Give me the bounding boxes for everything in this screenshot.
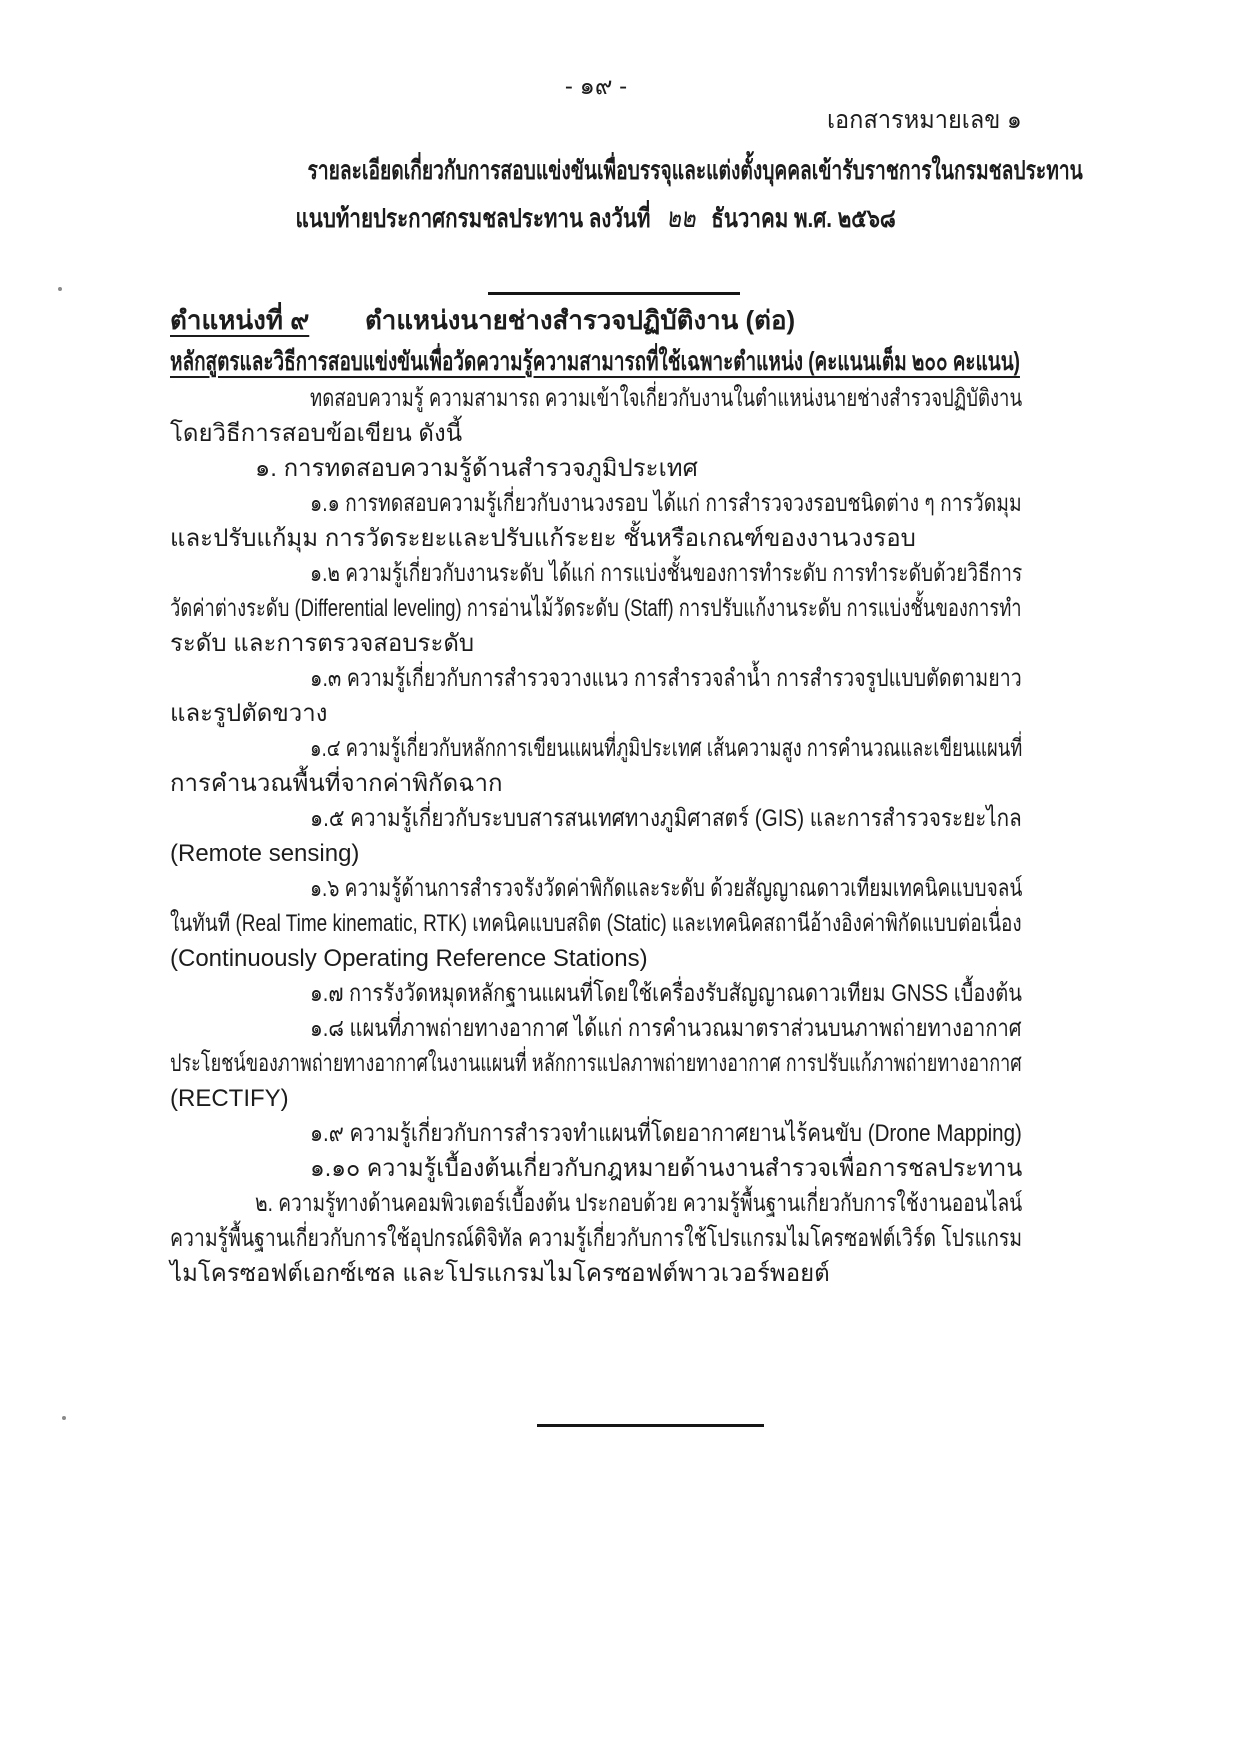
body-line: (RECTIFY) bbox=[170, 1081, 1022, 1116]
body-line-text: โดยวิธีการสอบข้อเขียน ดังนี้ bbox=[170, 416, 462, 451]
body-line: ทดสอบความรู้ ความสามารถ ความเข้าใจเกี่ยว… bbox=[170, 381, 1022, 416]
body-line-text: (Continuously Operating Reference Statio… bbox=[170, 941, 648, 976]
body-line: ไมโครซอฟต์เอกซ์เซล และโปรแกรมไมโครซอฟต์พ… bbox=[170, 1256, 1022, 1291]
body-line-text: วัดค่าต่างระดับ (Differential leveling) … bbox=[170, 591, 1022, 626]
body-line-text: ความรู้พื้นฐานเกี่ยวกับการใช้อุปกรณ์ดิจิ… bbox=[170, 1221, 1022, 1256]
title2-after-date: ธันวาคม พ.ศ. ๒๕๖๘ bbox=[712, 203, 896, 233]
body-line: ๑.๑ การทดสอบความรู้เกี่ยวกับงานวงรอบ ได้… bbox=[170, 486, 1022, 521]
body-line-text: และปรับแก้มุม การวัดระยะและปรับแก้ระยะ ช… bbox=[170, 521, 916, 556]
course-heading: หลักสูตรและวิธีการสอบแข่งขันเพื่อวัดความ… bbox=[170, 341, 1022, 382]
body-line-text: ประโยชน์ของภาพถ่ายทางอากาศในงานแผนที่ หล… bbox=[170, 1046, 1022, 1081]
body-line: และรูปตัดขวาง bbox=[170, 696, 1022, 731]
body-line: ๒. ความรู้ทางด้านคอมพิวเตอร์เบื้องต้น ปร… bbox=[170, 1186, 1022, 1221]
body-line-text: ๑.๕ ความรู้เกี่ยวกับระบบสารสนเทศทางภูมิศ… bbox=[310, 801, 1022, 836]
position-number-label: ตำแหน่งที่ ๙ bbox=[170, 300, 309, 341]
body-line-text: ๑.๑๐ ความรู้เบื้องต้นเกี่ยวกับกฎหมายด้าน… bbox=[310, 1151, 1022, 1186]
body-line-text: (RECTIFY) bbox=[170, 1081, 289, 1116]
body-line: ประโยชน์ของภาพถ่ายทางอากาศในงานแผนที่ หล… bbox=[170, 1046, 1022, 1081]
body-line-text: ๑.๘ แผนที่ภาพถ่ายทางอากาศ ได้แก่ การคำนว… bbox=[310, 1011, 1022, 1046]
body-line: ๑.๙ ความรู้เกี่ยวกับการสำรวจทำแผนที่โดยอ… bbox=[170, 1116, 1022, 1151]
body-line-text: ไมโครซอฟต์เอกซ์เซล และโปรแกรมไมโครซอฟต์พ… bbox=[170, 1256, 830, 1291]
document-ref-label: เอกสารหมายเลข ๑ bbox=[170, 100, 1022, 140]
doc-title-line2-text: แนบท้ายประกาศกรมชลประทาน ลงวันที่๒๒ธันวา… bbox=[296, 196, 896, 240]
body-line-text: ๑.๗ การรังวัดหมุดหลักฐานแผนที่โดยใช้เครื… bbox=[310, 976, 1022, 1011]
body-line: ๑. การทดสอบความรู้ด้านสำรวจภูมิประเทศ bbox=[170, 451, 1022, 486]
document-ref-text: เอกสารหมายเลข ๑ bbox=[827, 100, 1022, 140]
document-body: ทดสอบความรู้ ความสามารถ ความเข้าใจเกี่ยว… bbox=[170, 381, 1022, 1291]
body-line-text: (Remote sensing) bbox=[170, 836, 359, 871]
body-line: ๑.๘ แผนที่ภาพถ่ายทางอากาศ ได้แก่ การคำนว… bbox=[170, 1011, 1022, 1046]
position-heading-row: ตำแหน่งที่ ๙ ตำแหน่งนายช่างสำรวจปฏิบัติง… bbox=[170, 300, 1022, 341]
body-line: ๑.๔ ความรู้เกี่ยวกับหลักการเขียนแผนที่ภู… bbox=[170, 731, 1022, 766]
body-line: และปรับแก้มุม การวัดระยะและปรับแก้ระยะ ช… bbox=[170, 521, 1022, 556]
body-line: โดยวิธีการสอบข้อเขียน ดังนี้ bbox=[170, 416, 1022, 451]
body-line: (Continuously Operating Reference Statio… bbox=[170, 941, 1022, 976]
body-line-text: ๑.๑ การทดสอบความรู้เกี่ยวกับงานวงรอบ ได้… bbox=[310, 486, 1022, 521]
header-divider-line bbox=[488, 292, 740, 295]
handwritten-day: ๒๒ bbox=[667, 202, 696, 233]
scan-mark-dot bbox=[58, 287, 62, 291]
position-title-text: ตำแหน่งนายช่างสำรวจปฏิบัติงาน (ต่อ) bbox=[365, 300, 795, 341]
doc-title-line1-text: รายละเอียดเกี่ยวกับการสอบแข่งขันเพื่อบรร… bbox=[308, 150, 1083, 191]
body-line: ในทันที (Real Time kinematic, RTK) เทคนิ… bbox=[170, 906, 1022, 941]
footer-divider-line bbox=[537, 1424, 764, 1427]
document-page: - ๑๙ - เอกสารหมายเลข ๑ รายละเอียดเกี่ยวก… bbox=[0, 0, 1241, 1755]
scan-mark-dot bbox=[62, 1416, 66, 1420]
doc-title-line2: แนบท้ายประกาศกรมชลประทาน ลงวันที่๒๒ธันวา… bbox=[170, 196, 1022, 240]
title2-before-date: แนบท้ายประกาศกรมชลประทาน ลงวันที่ bbox=[296, 203, 651, 233]
body-line-text: ระดับ และการตรวจสอบระดับ bbox=[170, 626, 474, 661]
body-line: การคำนวณพื้นที่จากค่าพิกัดฉาก bbox=[170, 766, 1022, 801]
body-line-text: ในทันที (Real Time kinematic, RTK) เทคนิ… bbox=[170, 906, 1022, 941]
body-line-text: การคำนวณพื้นที่จากค่าพิกัดฉาก bbox=[170, 766, 503, 801]
body-line-text: ๑.๓ ความรู้เกี่ยวกับการสำรวจวางแนว การสำ… bbox=[310, 661, 1022, 696]
body-line: ความรู้พื้นฐานเกี่ยวกับการใช้อุปกรณ์ดิจิ… bbox=[170, 1221, 1022, 1256]
doc-title-line1: รายละเอียดเกี่ยวกับการสอบแข่งขันเพื่อบรร… bbox=[170, 150, 1022, 191]
body-line: (Remote sensing) bbox=[170, 836, 1022, 871]
body-line-text: ๑.๔ ความรู้เกี่ยวกับหลักการเขียนแผนที่ภู… bbox=[310, 731, 1022, 766]
body-line: ๑.๒ ความรู้เกี่ยวกับงานระดับ ได้แก่ การแ… bbox=[170, 556, 1022, 591]
body-line: ๑.๖ ความรู้ด้านการสำรวจรังวัดค่าพิกัดและ… bbox=[170, 871, 1022, 906]
body-line: วัดค่าต่างระดับ (Differential leveling) … bbox=[170, 591, 1022, 626]
body-line-text: และรูปตัดขวาง bbox=[170, 696, 327, 731]
body-line: ๑.๗ การรังวัดหมุดหลักฐานแผนที่โดยใช้เครื… bbox=[170, 976, 1022, 1011]
body-line-text: ๒. ความรู้ทางด้านคอมพิวเตอร์เบื้องต้น ปร… bbox=[255, 1186, 1022, 1221]
body-line-text: ๑.๙ ความรู้เกี่ยวกับการสำรวจทำแผนที่โดยอ… bbox=[310, 1116, 1022, 1151]
body-line: ๑.๕ ความรู้เกี่ยวกับระบบสารสนเทศทางภูมิศ… bbox=[170, 801, 1022, 836]
position-title: ตำแหน่งนายช่างสำรวจปฏิบัติงาน (ต่อ) bbox=[365, 300, 797, 341]
body-line: ๑.๓ ความรู้เกี่ยวกับการสำรวจวางแนว การสำ… bbox=[170, 661, 1022, 696]
body-line-text: ๑.๖ ความรู้ด้านการสำรวจรังวัดค่าพิกัดและ… bbox=[310, 871, 1022, 906]
body-line-text: ๑.๒ ความรู้เกี่ยวกับงานระดับ ได้แก่ การแ… bbox=[310, 556, 1022, 591]
body-line-text: ๑. การทดสอบความรู้ด้านสำรวจภูมิประเทศ bbox=[255, 451, 698, 486]
body-line: ๑.๑๐ ความรู้เบื้องต้นเกี่ยวกับกฎหมายด้าน… bbox=[170, 1151, 1022, 1186]
course-heading-text: หลักสูตรและวิธีการสอบแข่งขันเพื่อวัดความ… bbox=[170, 341, 1020, 382]
body-line-text: ทดสอบความรู้ ความสามารถ ความเข้าใจเกี่ยว… bbox=[310, 381, 1022, 416]
body-line: ระดับ และการตรวจสอบระดับ bbox=[170, 626, 1022, 661]
